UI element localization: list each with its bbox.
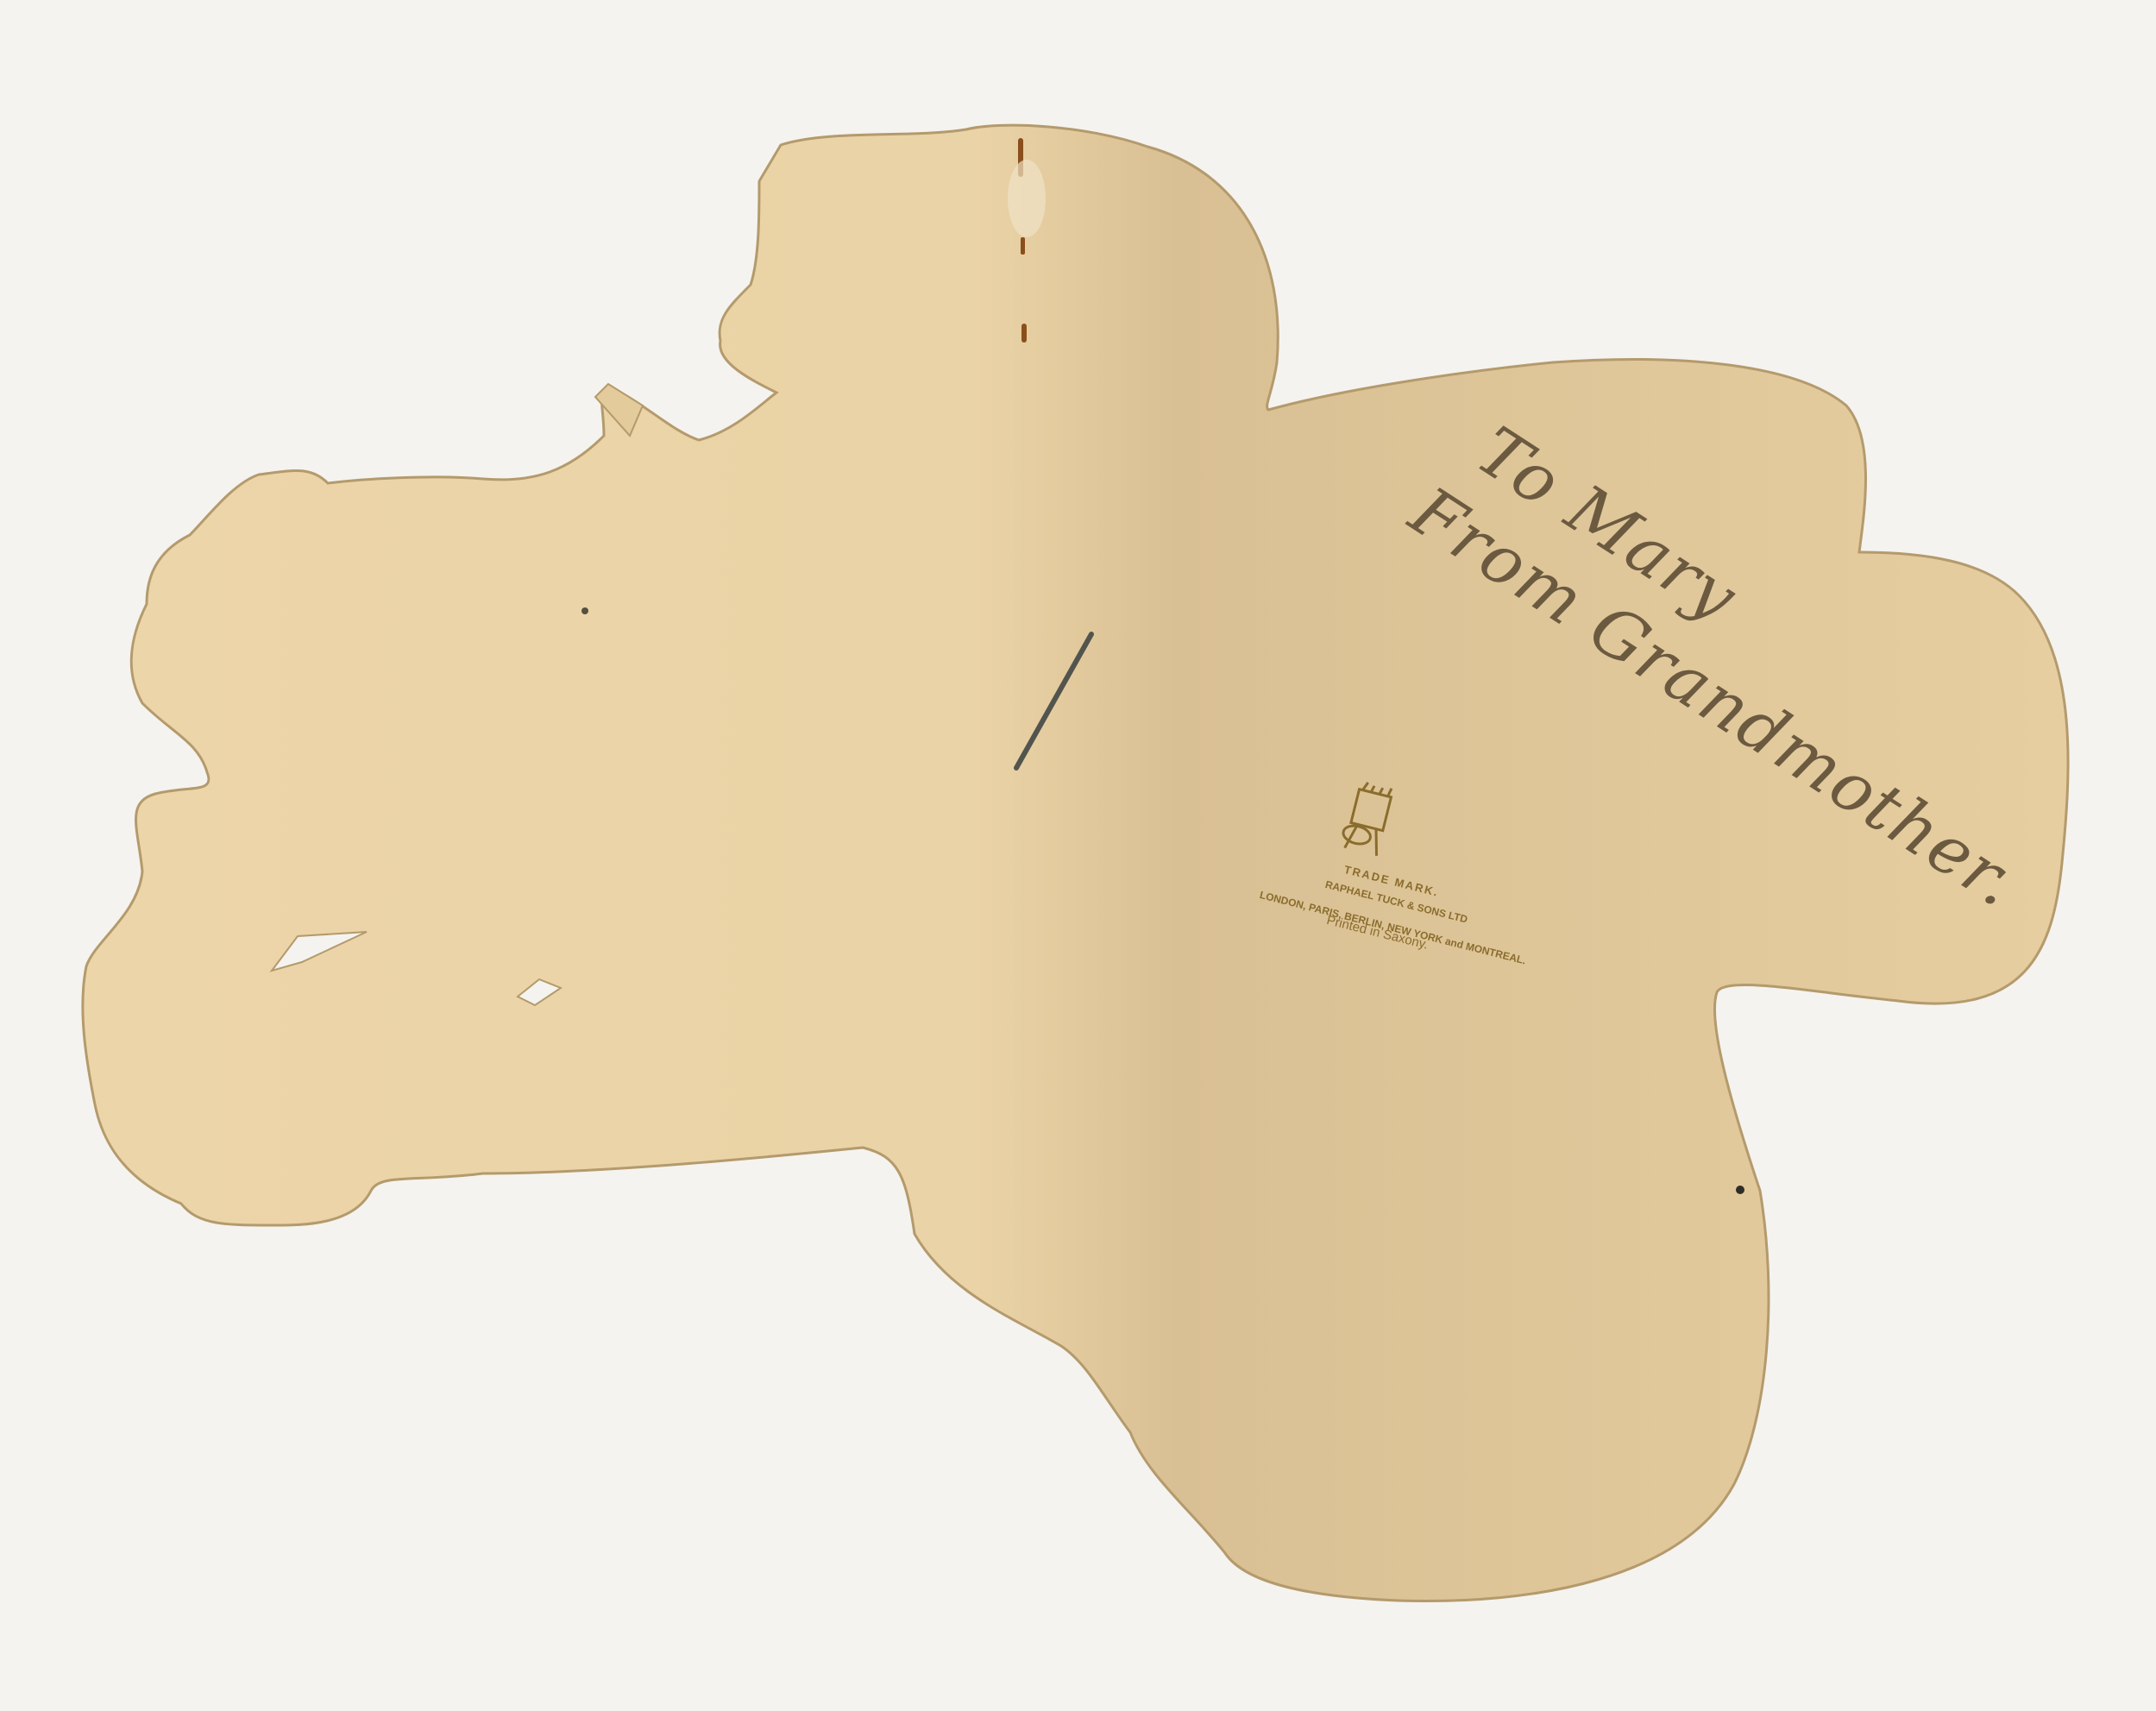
worn-patch [1008,160,1046,237]
card-body [83,125,2068,1601]
card-scene [0,0,2156,1711]
spot [581,607,588,614]
spot [1736,1186,1744,1194]
